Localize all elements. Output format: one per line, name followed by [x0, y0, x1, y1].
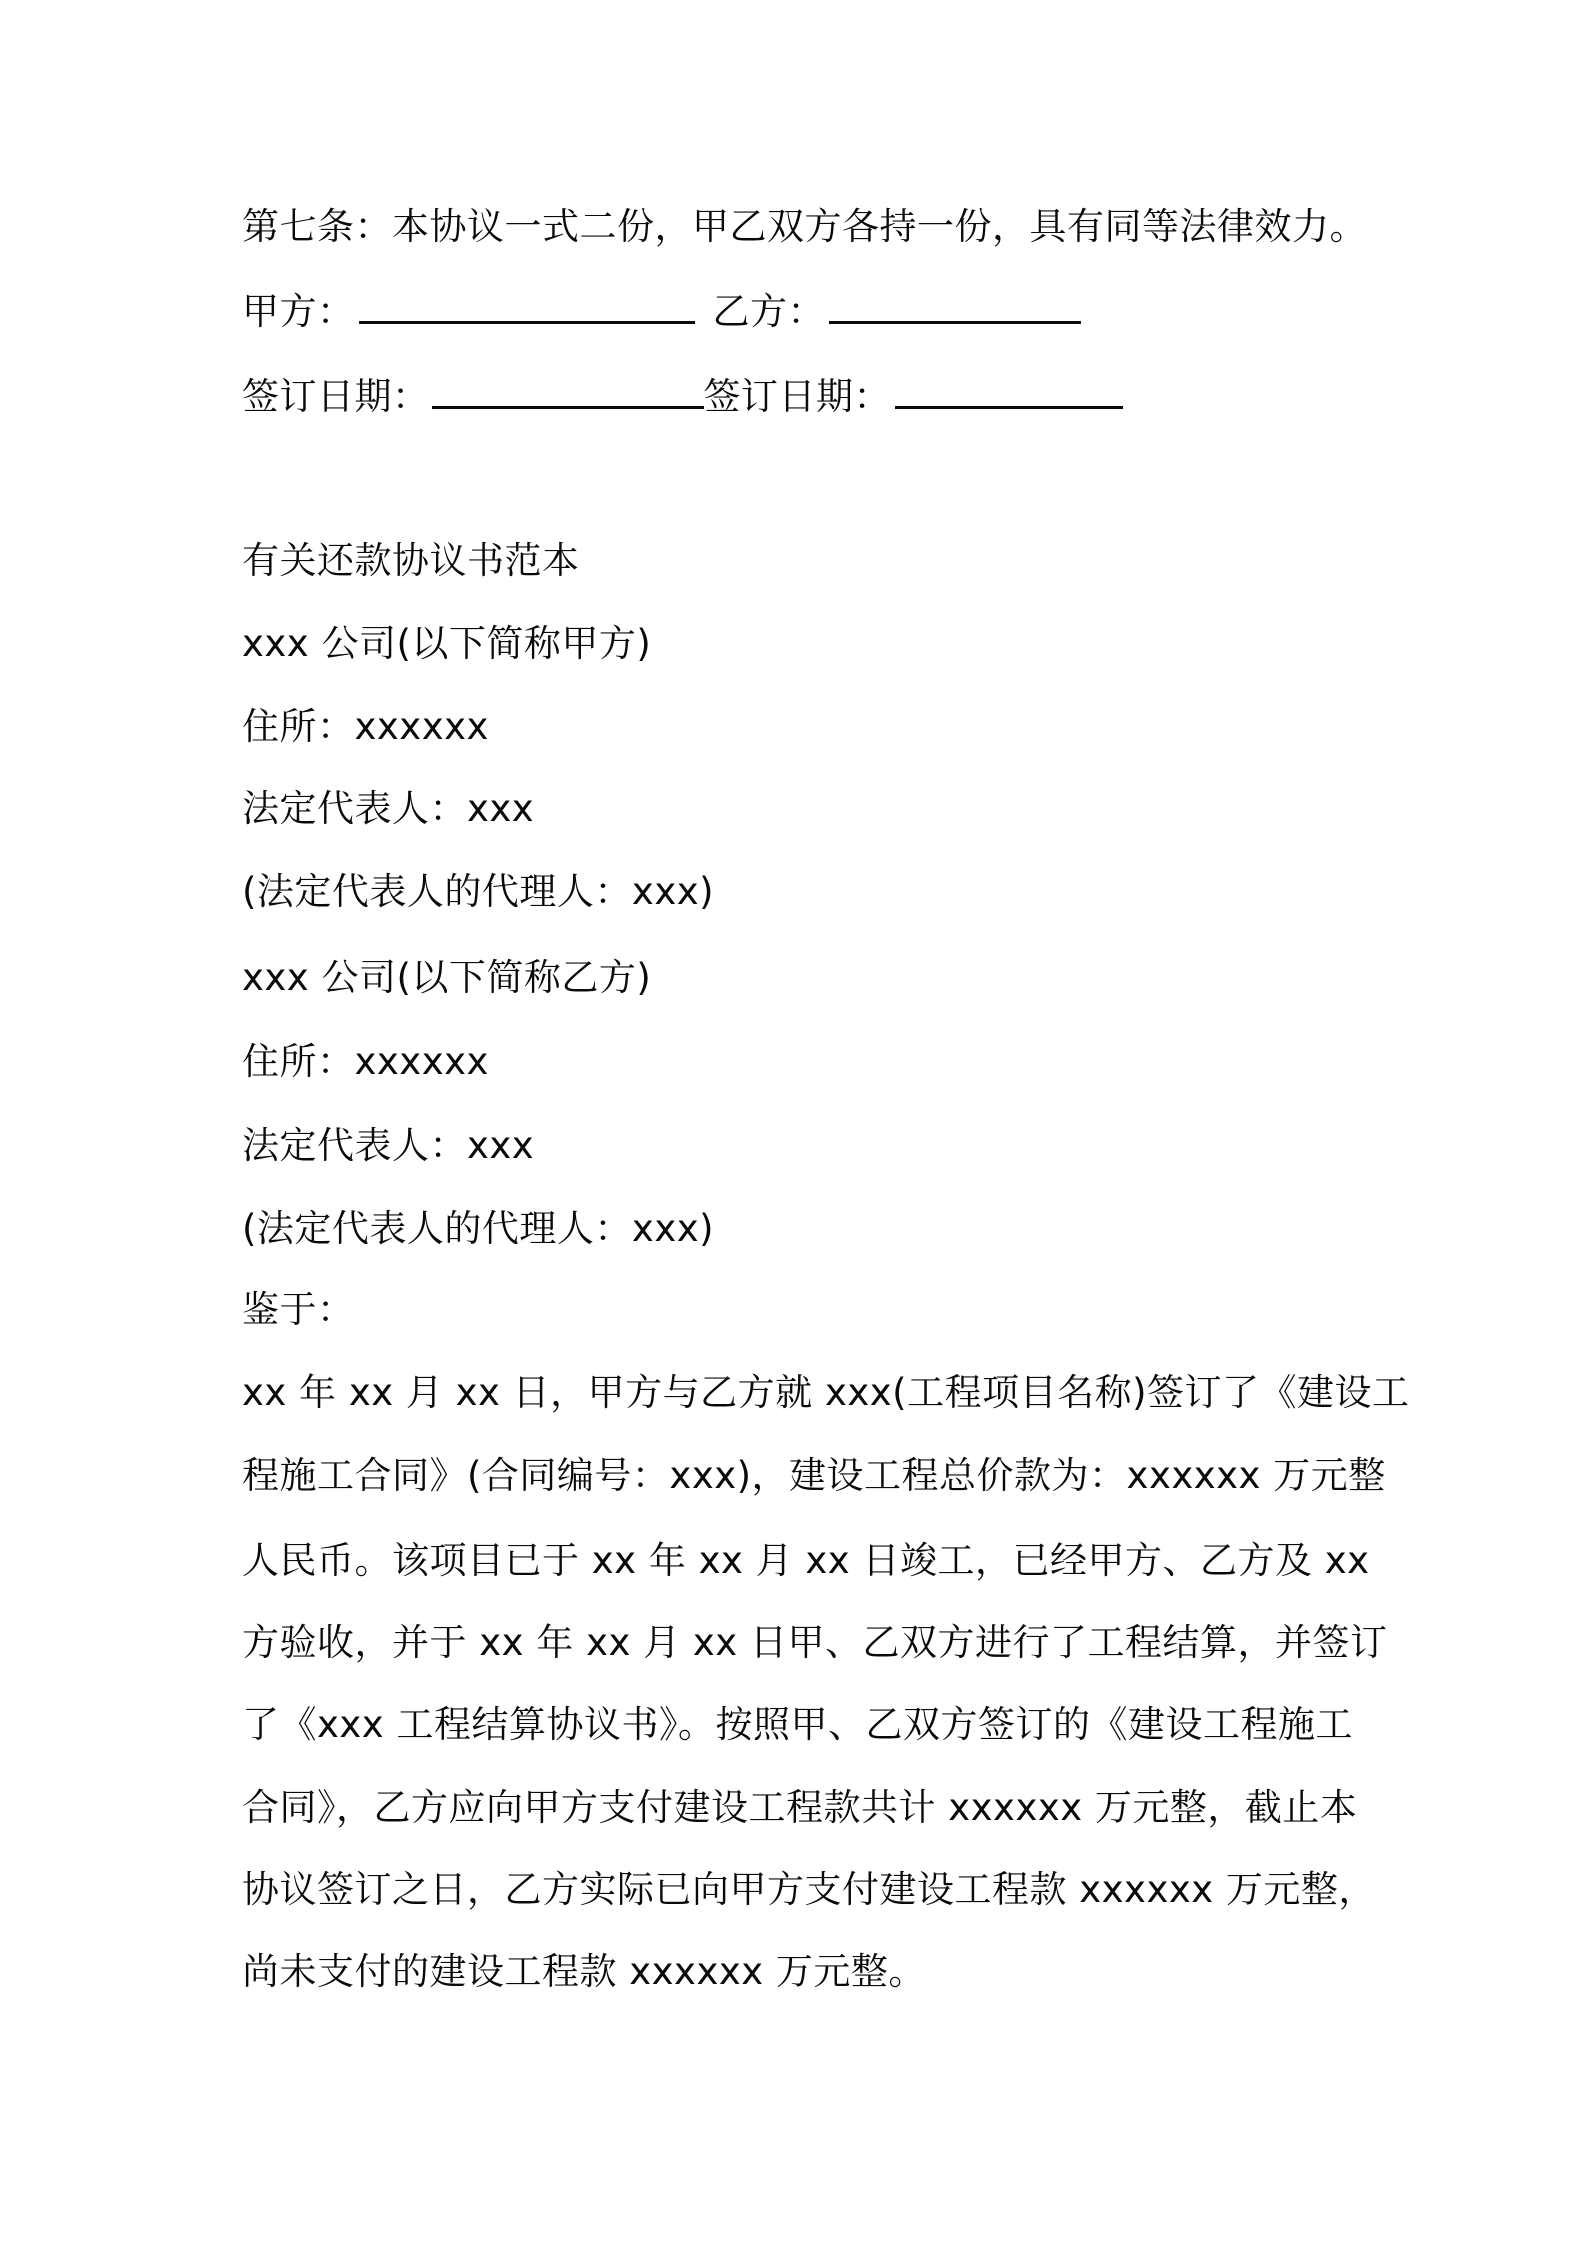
whereas-paragraph-line: 尚未支付的建设工程款 xxxxxx 万元整。: [242, 1942, 926, 2002]
date-b-field[interactable]: [895, 368, 1123, 409]
whereas-paragraph-line: 程施工合同》(合同编号：xxx)，建设工程总价款为：xxxxxx 万元整: [242, 1446, 1386, 1506]
party-b-name: xxx 公司(以下简称乙方): [242, 948, 651, 1008]
whereas-paragraph-line: 人民币。该项目已于 xx 年 xx 月 xx 日竣工，已经甲方、乙方及 xx: [242, 1531, 1370, 1591]
whereas-label: 鉴于：: [242, 1280, 355, 1340]
date-a-field[interactable]: [432, 368, 704, 409]
whereas-paragraph-line: xx 年 xx 月 xx 日，甲方与乙方就 xxx(工程项目名称)签订了《建设工: [242, 1363, 1410, 1423]
party-a-signature-field[interactable]: [359, 283, 695, 324]
whereas-paragraph-line: 了《xxx 工程结算协议书》。按照甲、乙双方签订的《建设工程施工: [242, 1695, 1353, 1755]
whereas-paragraph-line: 方验收，并于 xx 年 xx 月 xx 日甲、乙双方进行了工程结算，并签订: [242, 1613, 1387, 1673]
party-b-legal-rep: 法定代表人：xxx: [242, 1116, 534, 1176]
party-a-name: xxx 公司(以下简称甲方): [242, 614, 651, 674]
party-a-address: 住所：xxxxxx: [242, 697, 489, 757]
party-signature-row: 甲方： 乙方：: [242, 282, 1081, 342]
party-b-agent: (法定代表人的代理人：xxx): [242, 1199, 714, 1259]
template-title: 有关还款协议书范本: [242, 531, 580, 591]
date-b-label: 签订日期：: [704, 367, 892, 427]
whereas-paragraph-line: 合同》，乙方应向甲方支付建设工程款共计 xxxxxx 万元整，截止本: [242, 1778, 1357, 1838]
party-b-signature-field[interactable]: [829, 283, 1081, 324]
party-b-label: 乙方：: [713, 282, 826, 342]
party-a-label: 甲方：: [242, 282, 355, 342]
signing-date-row: 签订日期： 签订日期：: [242, 367, 1123, 427]
party-b-address: 住所：xxxxxx: [242, 1032, 489, 1092]
article-7-clause: 第七条：本协议一式二份，甲乙双方各持一份，具有同等法律效力。: [242, 197, 1367, 257]
party-a-legal-rep: 法定代表人：xxx: [242, 779, 534, 839]
whereas-paragraph-line: 协议签订之日，乙方实际已向甲方支付建设工程款 xxxxxx 万元整，: [242, 1860, 1376, 1920]
document-page: 第七条：本协议一式二份，甲乙双方各持一份，具有同等法律效力。 甲方： 乙方： 签…: [0, 0, 1586, 2244]
party-a-agent: (法定代表人的代理人：xxx): [242, 862, 714, 922]
date-a-label: 签订日期：: [242, 367, 430, 427]
